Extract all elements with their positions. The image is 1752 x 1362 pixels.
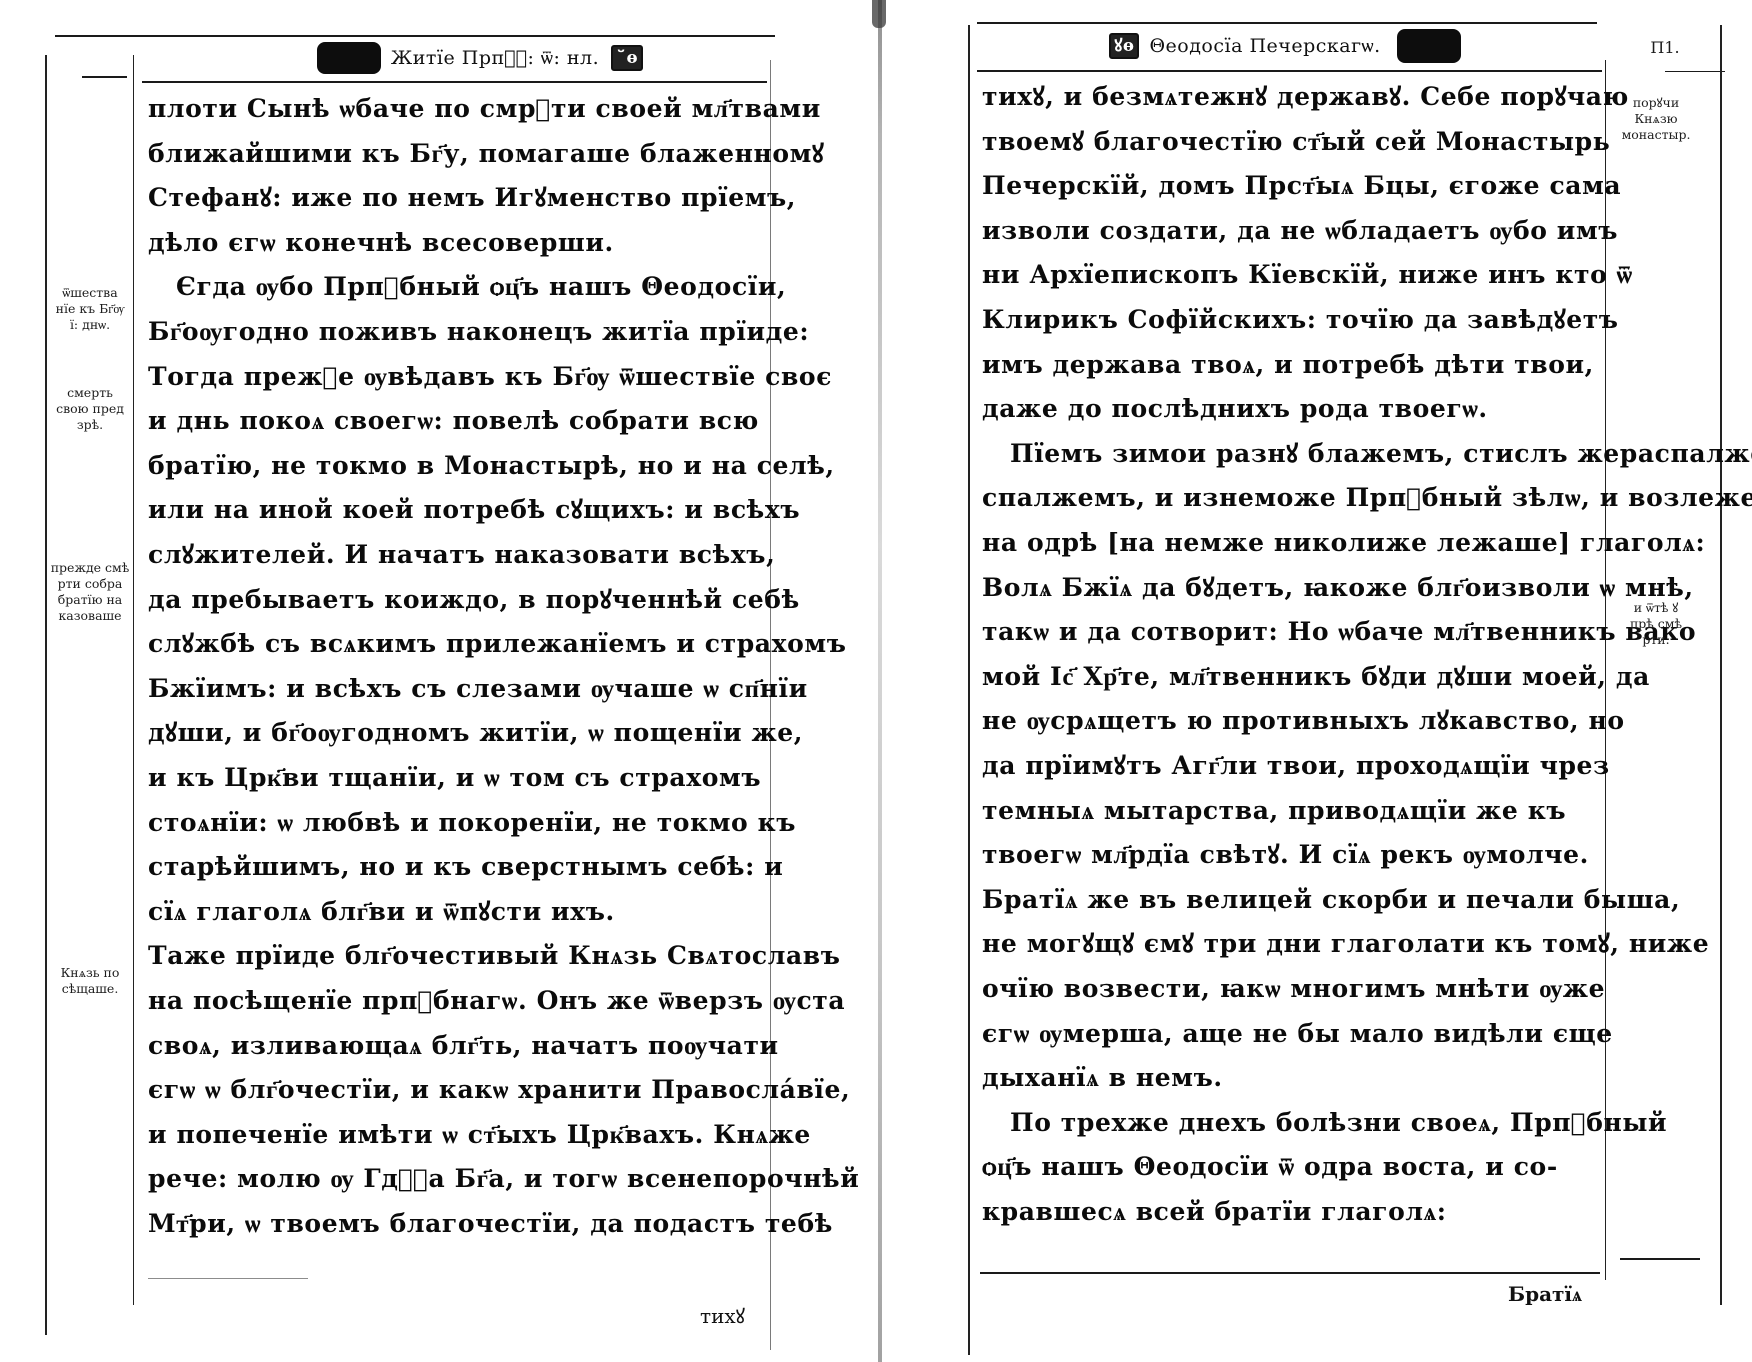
- text-line: и днь покоѧ своегѡ: повелѣ собрати всю: [148, 406, 759, 436]
- text-line: Тогда прежⷣе ѹвѣдавъ къ Бг҃ѹ ѿшествїе св…: [148, 362, 832, 392]
- marginal-note-line: рти собра: [48, 576, 132, 592]
- text-line: сїѧ глаголѧ блг҃ви и ѿпꙋсти ихъ.: [148, 897, 615, 927]
- text-line: да пребываетъ коиждо, в порꙋченнѣй себѣ: [148, 585, 800, 615]
- text-line: Стефанꙋ: иже по немъ Игꙋменство прїемъ,: [148, 183, 796, 213]
- marginal-note: прежде смѣрти собрабратїю наказоваше: [48, 560, 132, 624]
- marginal-note-line: казоваше: [48, 608, 132, 624]
- header-title: Житїе Прпⷭ҇: ѿ: нл.: [391, 47, 599, 70]
- left-page: Житїе Прпⷭ҇: ѿ: нл. ꙾ѳ плоти Сынѣ ѡбаче …: [0, 0, 880, 1362]
- marginal-note: и ѿтѣ ꙋпрѣ смѣрти.: [1610, 600, 1702, 648]
- text-line: изволи создати, да не ѡбладаетъ ѹбо имъ: [982, 216, 1618, 246]
- text-line: ни Архїепископъ Кїевскїй, ниже инъ кто ѿ: [982, 260, 1633, 290]
- ink-blot: [317, 42, 381, 74]
- page-number-ornament: ꙋѳ: [1109, 33, 1139, 59]
- text-line: на одрѣ [на немже николиже лежаше] глаго…: [982, 528, 1705, 558]
- text-line: тихꙋ, и безмѧтежнꙋ державꙋ. Себе порꙋчаю: [982, 82, 1629, 112]
- marginal-note-line: ѿшеcтва: [48, 285, 132, 301]
- text-line: твоемꙋ благочестїю ст҃ый сей Монастырь: [982, 127, 1610, 157]
- marginal-note: Кнѧзь посѣщаше.: [48, 965, 132, 997]
- outer-border: [45, 55, 47, 1335]
- text-line: Пїемъ зимои разнꙋ блажемъ, стислъ жерасп…: [982, 439, 1752, 469]
- text-line: братїю, не токмо в Монастырѣ, но и на се…: [148, 451, 835, 481]
- header-rule: [977, 70, 1602, 72]
- text-line: Мт҃ри, ѡ твоемъ благочестїи, да подастъ …: [148, 1209, 833, 1239]
- text-line: или на иной коей потребѣ сꙋщихъ: и всѣхъ: [148, 495, 800, 525]
- text-line: спалжемъ, и изнеможе Прпⷣбный зѣлѡ, и во…: [982, 483, 1752, 513]
- text-line: даже до послѣднихъ рода твоегѡ.: [982, 394, 1488, 424]
- text-line: и попеченїе имѣти ѡ ст҃ыхъ Црк҃вахъ. Кнѧ…: [148, 1120, 811, 1150]
- text-line: ѻц҃ъ нашъ Θеодосїи ѿ одра воста, и со-: [982, 1152, 1558, 1182]
- text-line: плоти Сынѣ ѡбаче по смрⷮти своей мл҃твам…: [148, 94, 821, 124]
- marginal-note: порꙋчиКнѧзюмонастыр.: [1610, 95, 1702, 143]
- folio-number: П1.: [1630, 40, 1700, 56]
- text-line: имъ держава твоѧ, и потребѣ дѣти твои,: [982, 350, 1594, 380]
- marginal-note-line: прѣ смѣ: [1610, 616, 1702, 632]
- margin-divider: [133, 55, 134, 1305]
- text-line: да прїимꙋтъ Агг҃ли твои, проходѧщїи чрез: [982, 751, 1610, 781]
- text-line: дѣло єгѡ конечнѣ всесоверши.: [148, 228, 614, 258]
- top-rule: [977, 22, 1597, 24]
- header-rule: [142, 81, 767, 83]
- text-line: не ѹсрѧщетъ ю противныхъ лꙋкавство, но: [982, 706, 1625, 736]
- text-line: Бг҃оѹгодно поживъ наконецъ житїа прїиде:: [148, 317, 809, 347]
- text-line: єгѡ ѡ блг҃очестїи, и какѡ хранити Правос…: [148, 1075, 850, 1105]
- text-line: Волѧ Бжїѧ да бꙋдетъ, ꙗкоже блг҃оизволи ѡ…: [982, 573, 1694, 603]
- text-line: своѧ, изливающаѧ блг҃ть, начатъ поѹчати: [148, 1031, 779, 1061]
- marginal-note-line: монастыр.: [1610, 127, 1702, 143]
- top-rule: [55, 35, 775, 37]
- text-line: дꙋши, и бг҃оѹгодномъ житїи, ѡ пощенїи же…: [148, 718, 803, 748]
- marginal-note-line: нїе къ Бг҃ѹ: [48, 301, 132, 317]
- outer-border: [1720, 25, 1722, 1305]
- bottom-rule: [980, 1272, 1600, 1274]
- marginal-note-line: свою пред: [48, 401, 132, 417]
- margin-bottom-rule: [1620, 1258, 1700, 1260]
- text-line: такѡ и да сотворит: Но ѡбаче мл҃твенникъ…: [982, 617, 1696, 647]
- text-line: ближайшими къ Бг҃у, помагаше блаженномꙋ: [148, 139, 824, 169]
- marginal-note-line: ї: днѡ.: [48, 317, 132, 333]
- marginal-note-line: Кнѧзь по: [48, 965, 132, 981]
- text-line: рече: молю ѹ Гдⷭ҇а Бг҃а, и тогѡ всенепор…: [148, 1164, 859, 1194]
- text-line: слꙋжителей. И начатъ наказовати всѣхъ,: [148, 540, 775, 570]
- running-header: ꙋѳ Θеодосїа Печерскагѡ.: [1060, 28, 1510, 64]
- text-line: Клирикъ Софїйскихъ: точїю да завѣдꙋетъ: [982, 305, 1619, 335]
- ink-blot: [1397, 29, 1461, 63]
- text-line: єгѡ ѹмерша, аще не бы мало видѣли єще: [982, 1019, 1613, 1049]
- text-line: Таже прїиде блг҃очестивый Кнѧзь Свѧтосла…: [148, 941, 841, 971]
- inner-border: [770, 60, 771, 1350]
- margin-header-rule: [1665, 71, 1725, 72]
- text-line: стоѧнїи: ѡ любвѣ и покоренїи, не токмо к…: [148, 808, 796, 838]
- marginal-note: ѿшеcтванїе къ Бг҃ѹї: днѡ.: [48, 285, 132, 333]
- text-line: не могꙋщꙋ ємꙋ три дни глаголати къ томꙋ,…: [982, 929, 1709, 959]
- marginal-note-line: порꙋчи: [1610, 95, 1702, 111]
- text-line: и къ Црк҃ви тщанїи, и ѡ том съ страхомъ: [148, 763, 761, 793]
- text-line: Печерскїй, домъ Прст҃ыѧ Бцы, єгоже сама: [982, 171, 1621, 201]
- marginal-note-line: рти.: [1610, 632, 1702, 648]
- text-line: Єгда ѹбо Прпⷣбный ѻц҃ъ нашъ Θеодосїи,: [148, 272, 786, 302]
- catchword: Братїѧ: [1508, 1282, 1582, 1307]
- margin-header-rule: [82, 76, 127, 78]
- inner-border: [968, 25, 970, 1355]
- text-line: темныѧ мытарства, приводѧщїи же къ: [982, 796, 1566, 826]
- text-line: твоегѡ мл҃рдїа свѣтꙋ. И сїѧ рекъ ѹмолче.: [982, 840, 1589, 870]
- text-line: слꙋжбѣ съ всѧкимъ прилежанїемъ и страхом…: [148, 629, 846, 659]
- text-line: на посѣщенїе прпⷣбнагѡ. Онъ же ѿверзъ ѹс…: [148, 986, 845, 1016]
- marginal-note-line: смерть: [48, 385, 132, 401]
- marginal-note-line: братїю на: [48, 592, 132, 608]
- text-line: мой Іс҃ Хр҃те, мл҃твенникъ бꙋди дꙋши мое…: [982, 662, 1650, 692]
- catchword: тихꙋ: [700, 1302, 745, 1329]
- marginal-note-line: зрѣ.: [48, 417, 132, 433]
- marginal-note-line: и ѿтѣ ꙋ: [1610, 600, 1702, 616]
- right-page: ꙋѳ Θеодосїа Печерскагѡ. П1. тихꙋ, и безм…: [880, 0, 1752, 1362]
- marginal-note: смертьсвою предзрѣ.: [48, 385, 132, 433]
- text-line: По трехже днехъ болѣзни своеѧ, Прпⷣбный: [982, 1108, 1667, 1138]
- running-header: Житїе Прпⷭ҇: ѿ: нл. ꙾ѳ: [270, 40, 690, 76]
- marginal-note-line: Кнѧзю: [1610, 111, 1702, 127]
- page-number-ornament: ꙾ѳ: [611, 45, 643, 71]
- header-title: Θеодосїа Печерскагѡ.: [1149, 35, 1380, 58]
- text-line: старѣйшимъ, но и къ сверстнымъ себѣ: и: [148, 852, 783, 882]
- marginal-note-line: сѣщаше.: [48, 981, 132, 997]
- text-line: Братїѧ же въ велицей скорби и печали быш…: [982, 885, 1680, 915]
- text-line: кравшесѧ всей братїи глаголѧ:: [982, 1197, 1447, 1227]
- text-line: очїю возвести, ꙗкѡ многимъ мнѣти ѹже: [982, 974, 1605, 1004]
- text-line: дыханїѧ в немъ.: [982, 1063, 1223, 1093]
- bottom-rule: [148, 1278, 308, 1279]
- text-line: Бжїимъ: и всѣхъ съ слезами ѹчаше ѡ сп҃нї…: [148, 674, 808, 704]
- marginal-note-line: прежде смѣ: [48, 560, 132, 576]
